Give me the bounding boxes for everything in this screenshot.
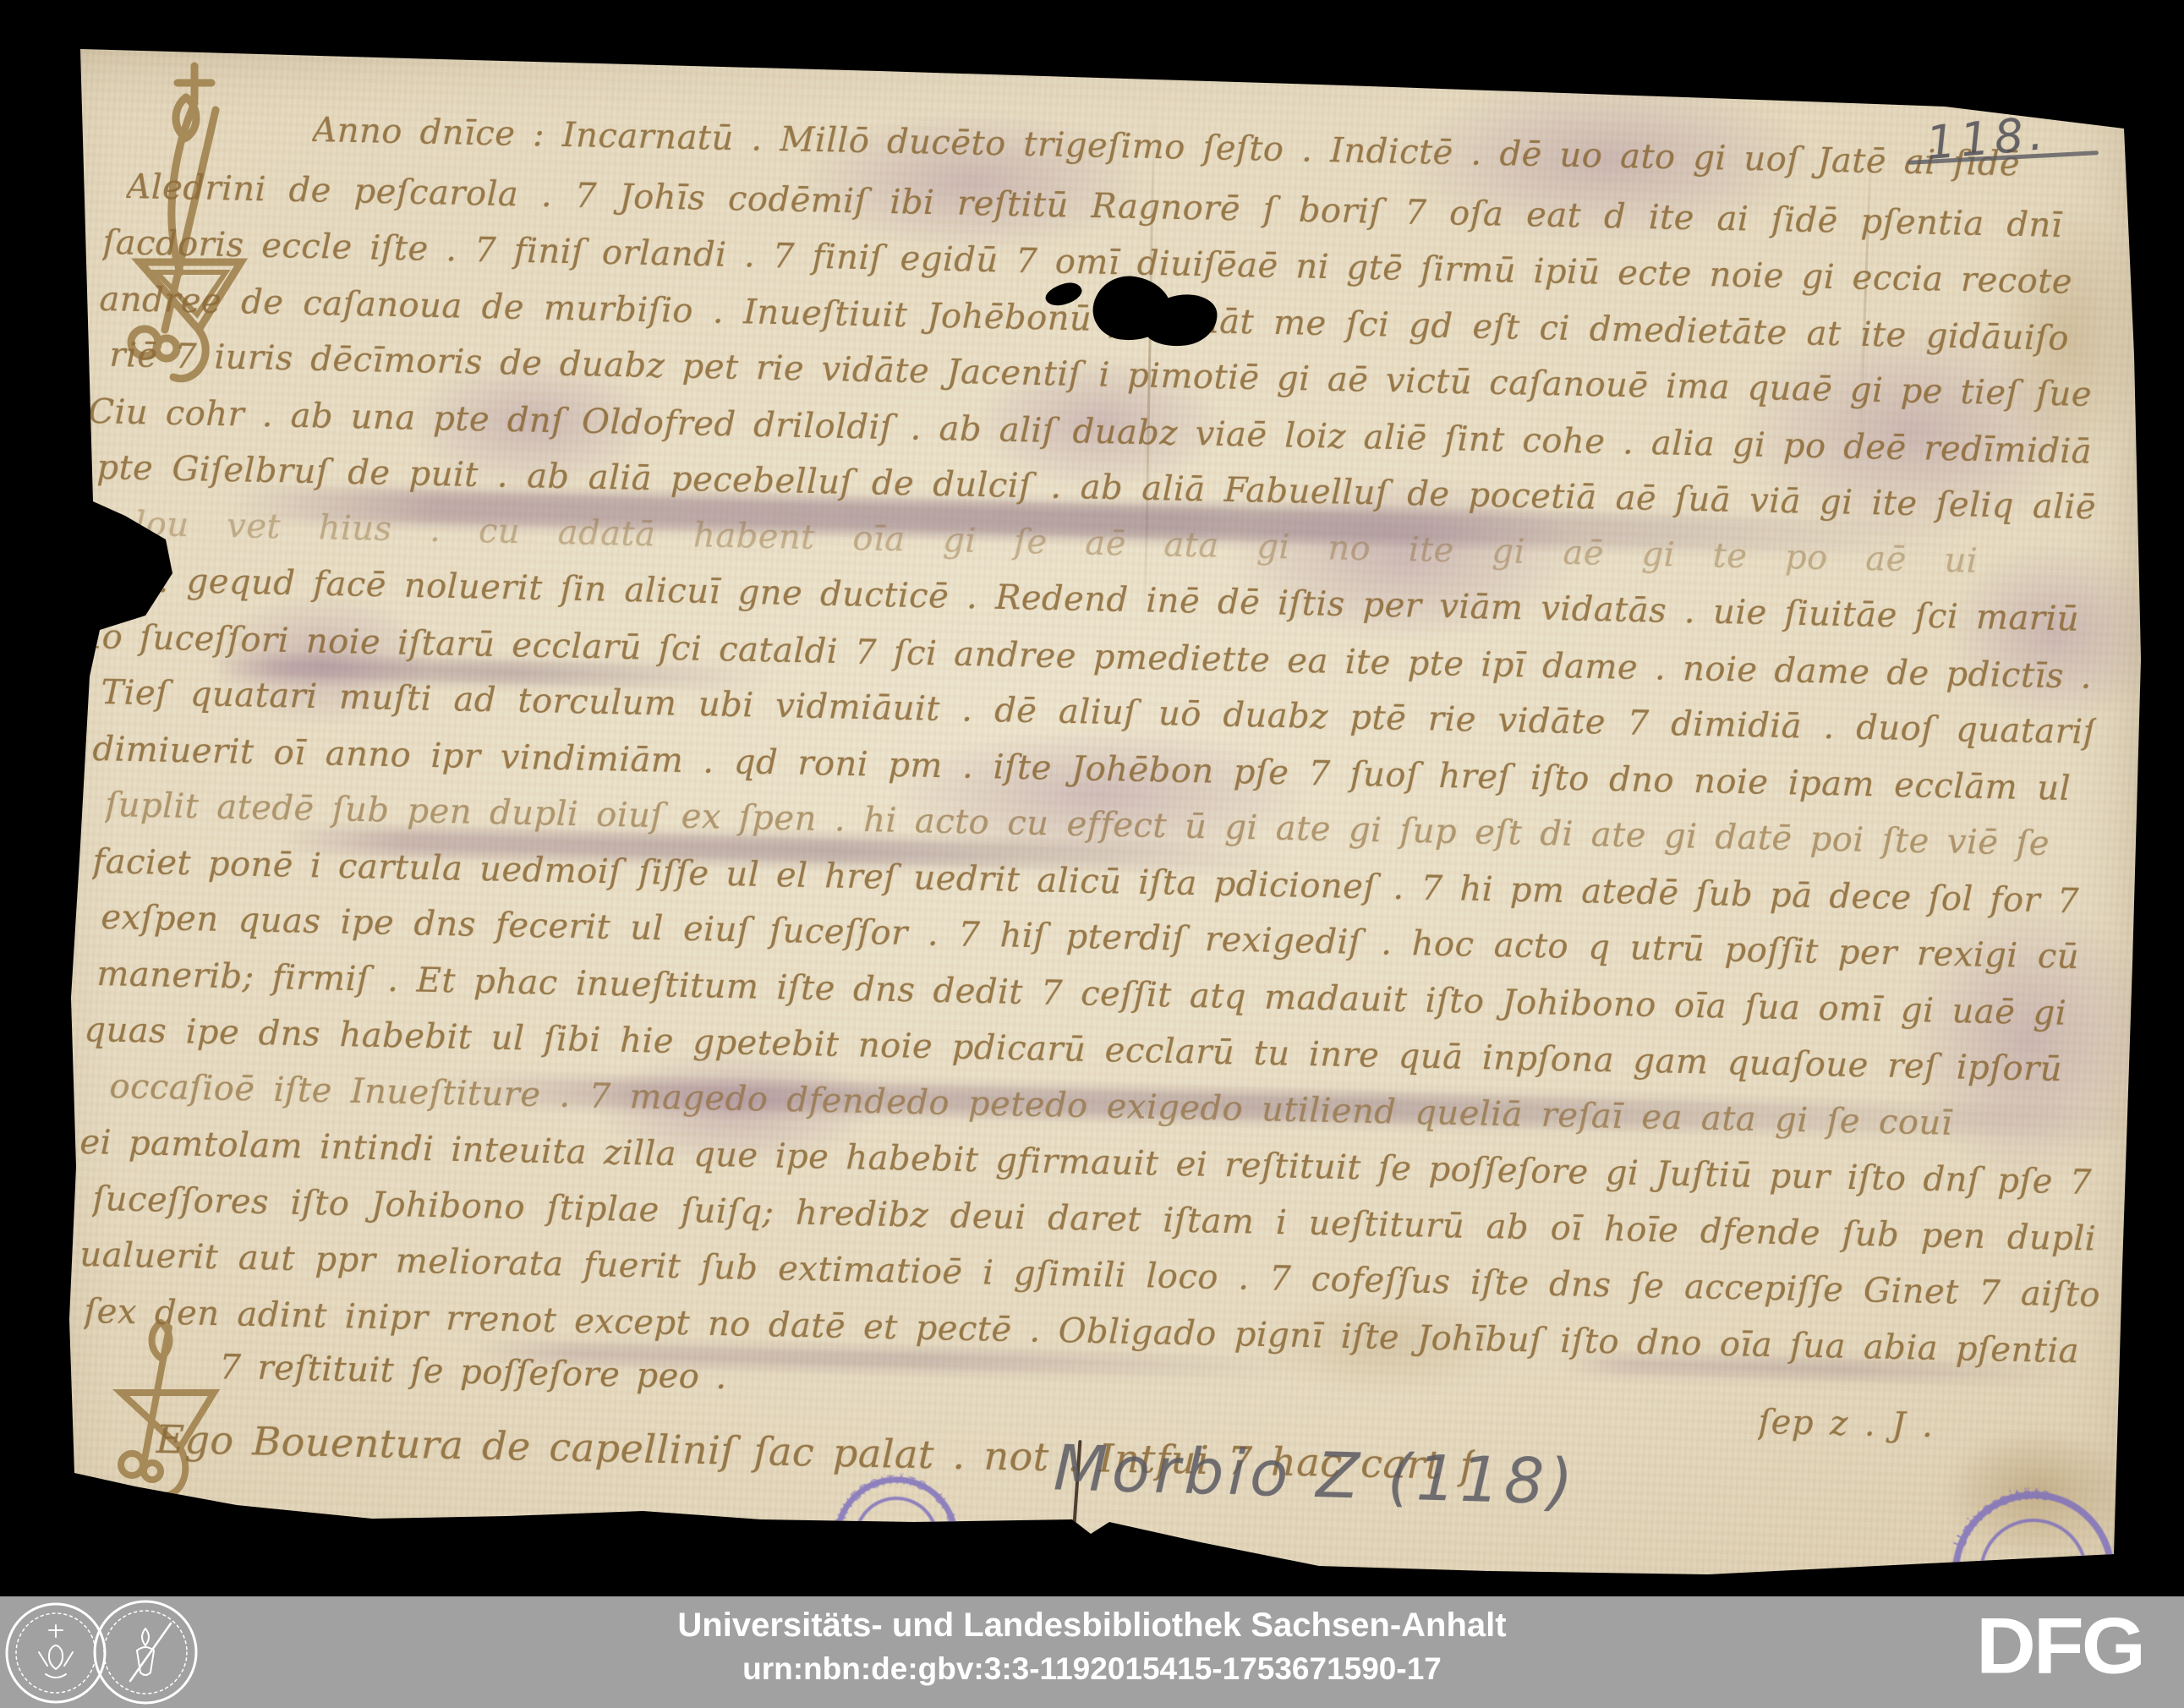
notary-subscription-end: ſep z . J . — [1758, 1400, 2029, 1456]
stamp-arc-text: Universitäts- — [1951, 1485, 2061, 1552]
digitized-charter-scan: Anno dnīce : Incarnatū . Millō ducēto tr… — [0, 0, 2184, 1708]
urn-identifier: urn:nbn:de:gbv:3:3-1192015415-1753671590… — [677, 1651, 1506, 1687]
archival-note-pencil: Morbio Z (118) — [1053, 1432, 1578, 1519]
ornament-stroke — [121, 1453, 143, 1475]
seal-ring — [7, 1604, 105, 1702]
ornament-stroke — [178, 66, 211, 100]
dfg-logo: DFG — [1976, 1600, 2143, 1691]
stamp-arc-text: UNIVERSITÄTS- U. LANDESBIBL. — [824, 1467, 962, 1536]
university-seals-icon — [3, 1600, 206, 1706]
parchment-charter: Anno dnīce : Incarnatū . Millō ducēto tr… — [0, 0, 2184, 1708]
library-name: Universitäts- und Landesbibliothek Sachs… — [677, 1607, 1506, 1645]
seal-detail — [49, 1625, 63, 1637]
footer-text-block: Universitäts- und Landesbibliothek Sachs… — [677, 1607, 1506, 1687]
library-stamp-left: UNIVERSITÄTS- U. LANDESBIBL. — [824, 1467, 968, 1611]
svg-text:UNIVERSITÄTS- U. LANDESBIBL.: UNIVERSITÄTS- U. LANDESBIBL. — [824, 1467, 962, 1536]
footer-bar: Universitäts- und Landesbibliothek Sachs… — [0, 1596, 2184, 1708]
svg-text:Universitäts-: Universitäts- — [1951, 1485, 2061, 1552]
seal-ring — [95, 1601, 196, 1703]
stamp-ring — [856, 1498, 937, 1579]
seal-figure — [39, 1645, 73, 1678]
seal-text-ring — [104, 1611, 187, 1694]
